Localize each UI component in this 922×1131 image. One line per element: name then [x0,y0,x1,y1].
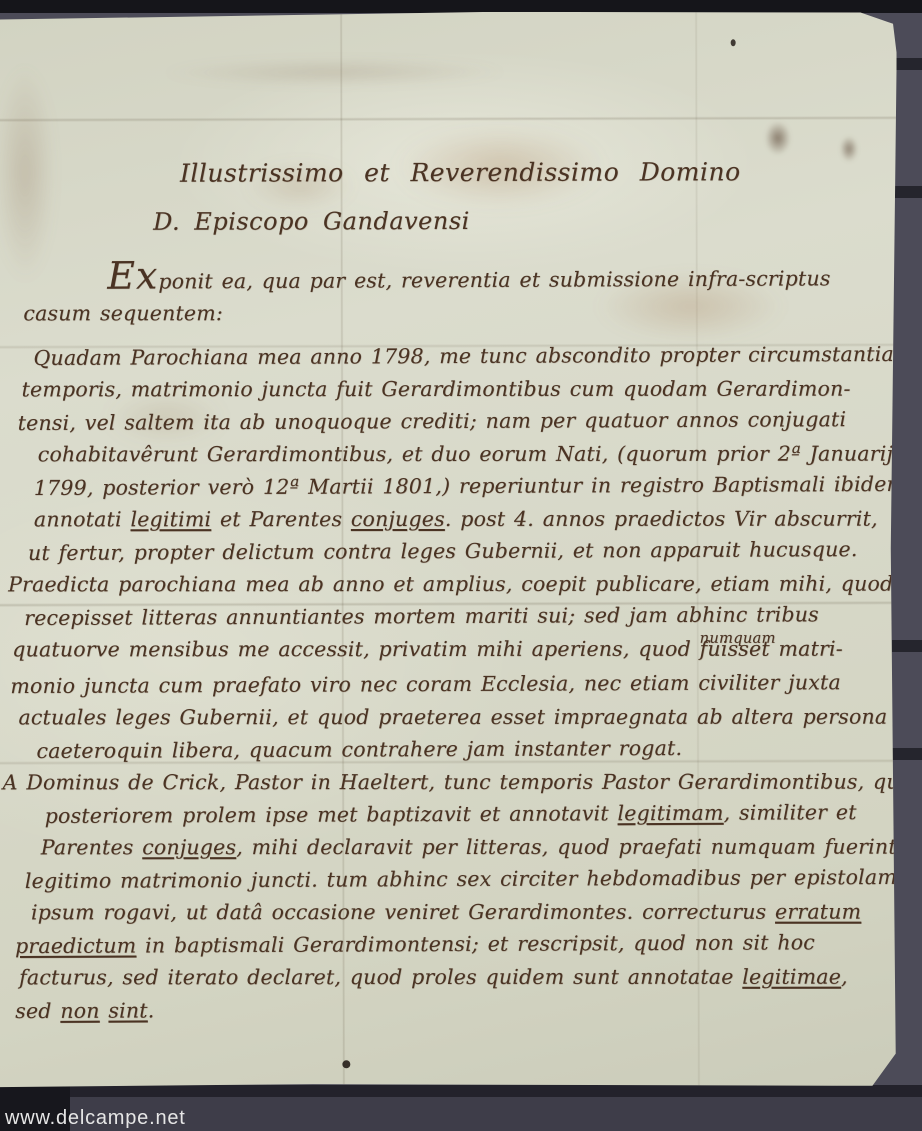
paper-bottom-shadow [0,1085,922,1097]
underlined-word: conjuges [142,835,236,859]
letter-text: Parentes [41,835,142,859]
manuscript-line: cohabitavêrunt Gerardimontibus, et duo e… [38,437,898,470]
manuscript-line: actuales leges Gubernii, et quod praeter… [18,700,898,733]
letter-text: facturus, sed iterato declaret, quod pro… [19,964,742,989]
letter-text: . [148,998,155,1022]
scan-bed-mark [892,640,922,652]
letter-text: legitimo matrimonio juncti. tum abhinc s… [25,865,897,893]
letter-body: Exponit ea, qua par est, reverentia et s… [0,260,899,1027]
manuscript-line: annotati legitimi et Parentes conjuges. … [34,502,898,535]
letter-text: annotati [34,507,131,531]
letter-text: caeteroquin libera, quacum contrahere ja… [36,736,682,763]
letter-text: sed [15,999,60,1023]
underlined-word: non [60,999,99,1023]
letter-content: Illustrissimo et Reverendissimo Domino D… [0,11,899,1088]
manuscript-line: tensi, vel saltem ita ab unoquoque credi… [18,403,898,440]
letter-text: A Dominus de Crick, Pastor in Haeltert, … [3,769,907,794]
letter-paper: Illustrissimo et Reverendissimo Domino D… [0,11,899,1088]
letter-text: tensi, vel saltem ita ab unoquoque credi… [18,407,847,435]
letter-text: ipsum rogavi, ut datâ occasione veniret … [31,899,775,924]
manuscript-line: monio juncta cum praefato viro nec coram… [10,666,898,703]
scan-bed-top-edge [0,0,922,13]
letter-text: 1799, posterior verò 12ª Martii 1801,) r… [34,472,906,500]
letter-text: , [841,964,848,988]
manuscript-line: sed non sint. [15,991,899,1028]
letter-text: casum sequentem: [23,301,223,325]
letter-text: et Parentes [211,507,351,531]
underlined-word: erratum [775,899,861,923]
manuscript-line: ipsum rogavi, ut datâ occasione veniret … [31,895,899,928]
letter-text: . post 4. annos praedictos Vir abscurrit… [445,506,878,530]
photo-background: Illustrissimo et Reverendissimo Domino D… [0,0,922,1131]
letter-text: Ex [107,253,158,297]
letter-text: , mihi declaravit per litteras, quod pra… [236,834,897,859]
manuscript-line: praedictum in baptismali Gerardimontensi… [15,926,899,963]
underlined-word: legitimae [742,964,841,988]
manuscript-line: temporis, matrimonio juncta fuit Gerardi… [22,372,898,405]
manuscript-line: Quadam Parochiana mea anno 1798, me tunc… [33,338,897,375]
letter-text: ut fertur, propter delictum contra leges… [28,537,858,565]
underlined-word: sint [108,998,147,1022]
underlined-word: conjuges [351,506,445,530]
watermark-text: www.delcampe.net [5,1107,186,1130]
underlined-word: praedictum [15,933,136,958]
scan-bed-mark [892,748,922,760]
letter-text: temporis, matrimonio juncta fuit Gerardi… [22,376,851,401]
letter-text: ponit ea, qua par est, reverentia et sub… [158,266,830,293]
letter-text: cohabitavêrunt Gerardimontibus, et duo e… [38,441,893,466]
letter-text: in baptismali Gerardimontensi; et rescri… [136,930,815,957]
letter-text: Praedicta parochiana mea ab anno et ampl… [8,571,893,596]
letter-addressee-line: D. Episcopo Gandavensi [153,206,897,236]
letter-text: posteriorem prolem ipse met baptizavit e… [45,801,618,828]
letter-text: , similiter et [724,800,857,825]
letter-text [100,999,109,1023]
letter-text: quatuorve mensibus me accessit, privatim… [12,636,699,661]
manuscript-line: posteriorem prolem ipse met baptizavit e… [45,796,899,833]
manuscript-line: Parentes conjuges, mihi declaravit per l… [41,830,899,863]
scan-bed-mark [892,186,922,198]
underlined-word: legitimam [617,801,723,825]
manuscript-line: 1799, posterior verò 12ª Martii 1801,) r… [34,468,898,505]
manuscript-line: legitimo matrimonio juncti. tum abhinc s… [25,861,899,898]
letter-text: actuales leges Gubernii, et quod praeter… [18,704,887,729]
letter-text: monio juncta cum praefato viro nec coram… [10,670,841,698]
manuscript-line: ut fertur, propter delictum contra leges… [28,533,898,570]
manuscript-line: Exponit ea, qua par est, reverentia et s… [107,259,897,298]
manuscript-line: A Dominus de Crick, Pastor in Haeltert, … [3,765,899,798]
manuscript-line: caeteroquin libera, quacum contrahere ja… [36,731,898,768]
manuscript-line: quatuorve mensibus me accessit, privatim… [12,632,898,668]
manuscript-line: facturus, sed iterato declaret, quod pro… [19,960,899,993]
letter-addressee-line: Illustrissimo et Reverendissimo Domino [180,157,897,188]
manuscript-line: casum sequentem: [23,296,897,329]
manuscript-line: Praedicta parochiana mea ab anno et ampl… [8,567,898,600]
underlined-word: legitimi [130,507,211,531]
letter-text: Quadam Parochiana mea anno 1798, me tunc… [33,342,904,370]
letter-text: recepisset litteras annuntiantes mortem … [24,602,819,630]
